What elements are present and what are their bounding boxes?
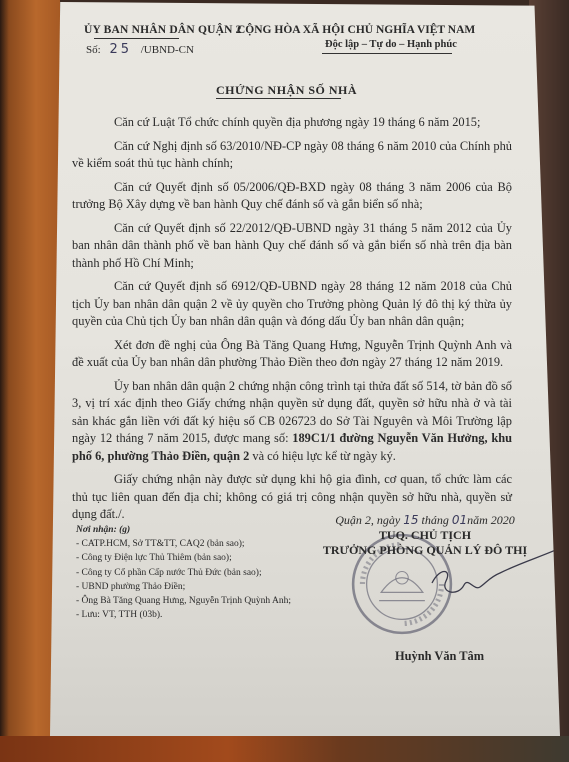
certification-paragraph: Ủy ban nhân dân quận 2 chứng nhận công t… [72,378,512,466]
document-number: Số: 25 /UBND-CN [86,42,194,57]
legal-basis-5: Căn cứ Quyết định số 6912/QĐ-UBND ngày 2… [72,278,512,331]
doc-number-value: 25 [109,42,132,57]
motto-underline [322,53,452,54]
legal-basis-1: Căn cứ Luật Tổ chức chính quyền địa phươ… [72,114,512,132]
signature-block: Quận 2, ngày 15 tháng 01năm 2020 TUQ. CH… [310,513,540,558]
country-heading: CỘNG HÒA XÃ HỘI CHỦ NGHĨA VIỆT NAM [237,24,475,36]
recipient-item: - UBND phường Thảo Điền; [76,580,326,594]
legal-basis-3: Căn cứ Quyết định số 05/2006/QĐ-BXD ngày… [72,179,512,214]
document-page: ỦY BAN NHÂN DÂN QUẬN 2 CỘNG HÒA XÃ HỘI C… [50,2,560,736]
document-title: CHỨNG NHẬN SỐ NHÀ [216,83,357,98]
signing-month: 01 [452,513,467,527]
signing-day: 15 [403,513,418,527]
recipient-item: - Công ty Điện lực Thủ Thiêm (bản sao); [76,551,326,565]
recipient-item: - Ông Bà Tăng Quang Hưng, Nguyễn Trịnh Q… [76,594,326,608]
table-surface-left [0,0,60,762]
doc-number-suffix: /UBND-CN [141,44,194,56]
title-underline [216,98,341,99]
table-surface-bottom [0,736,569,762]
issuer-name: ỦY BAN NHÂN DÂN QUẬN 2 [84,24,242,36]
signing-date: Quận 2, ngày 15 tháng 01năm 2020 [310,513,540,528]
recipient-item: - Lưu: VT, TTH (03b). [76,608,326,622]
recipient-item: - Công ty Cổ phần Cấp nước Thủ Đức (bản … [76,566,326,580]
signer-authority: TUQ. CHỦ TỊCH [310,528,540,543]
issuer-underline [94,38,179,39]
application-paragraph: Xét đơn đề nghị của Ông Bà Tăng Quang Hư… [72,337,512,372]
document-body: Căn cứ Luật Tổ chức chính quyền địa phươ… [72,114,512,530]
recipients-label: Nơi nhận: (g) [76,523,326,537]
recipients-list: Nơi nhận: (g) - CATP.HCM, Sở TT&TT, CAQ2… [76,523,326,622]
recipient-item: - CATP.HCM, Sở TT&TT, CAQ2 (bản sao); [76,537,326,551]
legal-basis-4: Căn cứ Quyết định số 22/2012/QĐ-UBND ngà… [72,220,512,273]
legal-basis-2: Căn cứ Nghị định số 63/2010/NĐ-CP ngày 0… [72,138,512,173]
national-motto: Độc lập – Tự do – Hạnh phúc [325,39,457,50]
signer-name: Huỳnh Văn Tâm [395,649,484,664]
issuer-heading: ỦY BAN NHÂN DÂN QUẬN 2 [84,24,242,39]
signer-title: TRƯỞNG PHÒNG QUẢN LÝ ĐÔ THỊ [310,543,540,558]
doc-number-label: Số: [86,44,101,56]
